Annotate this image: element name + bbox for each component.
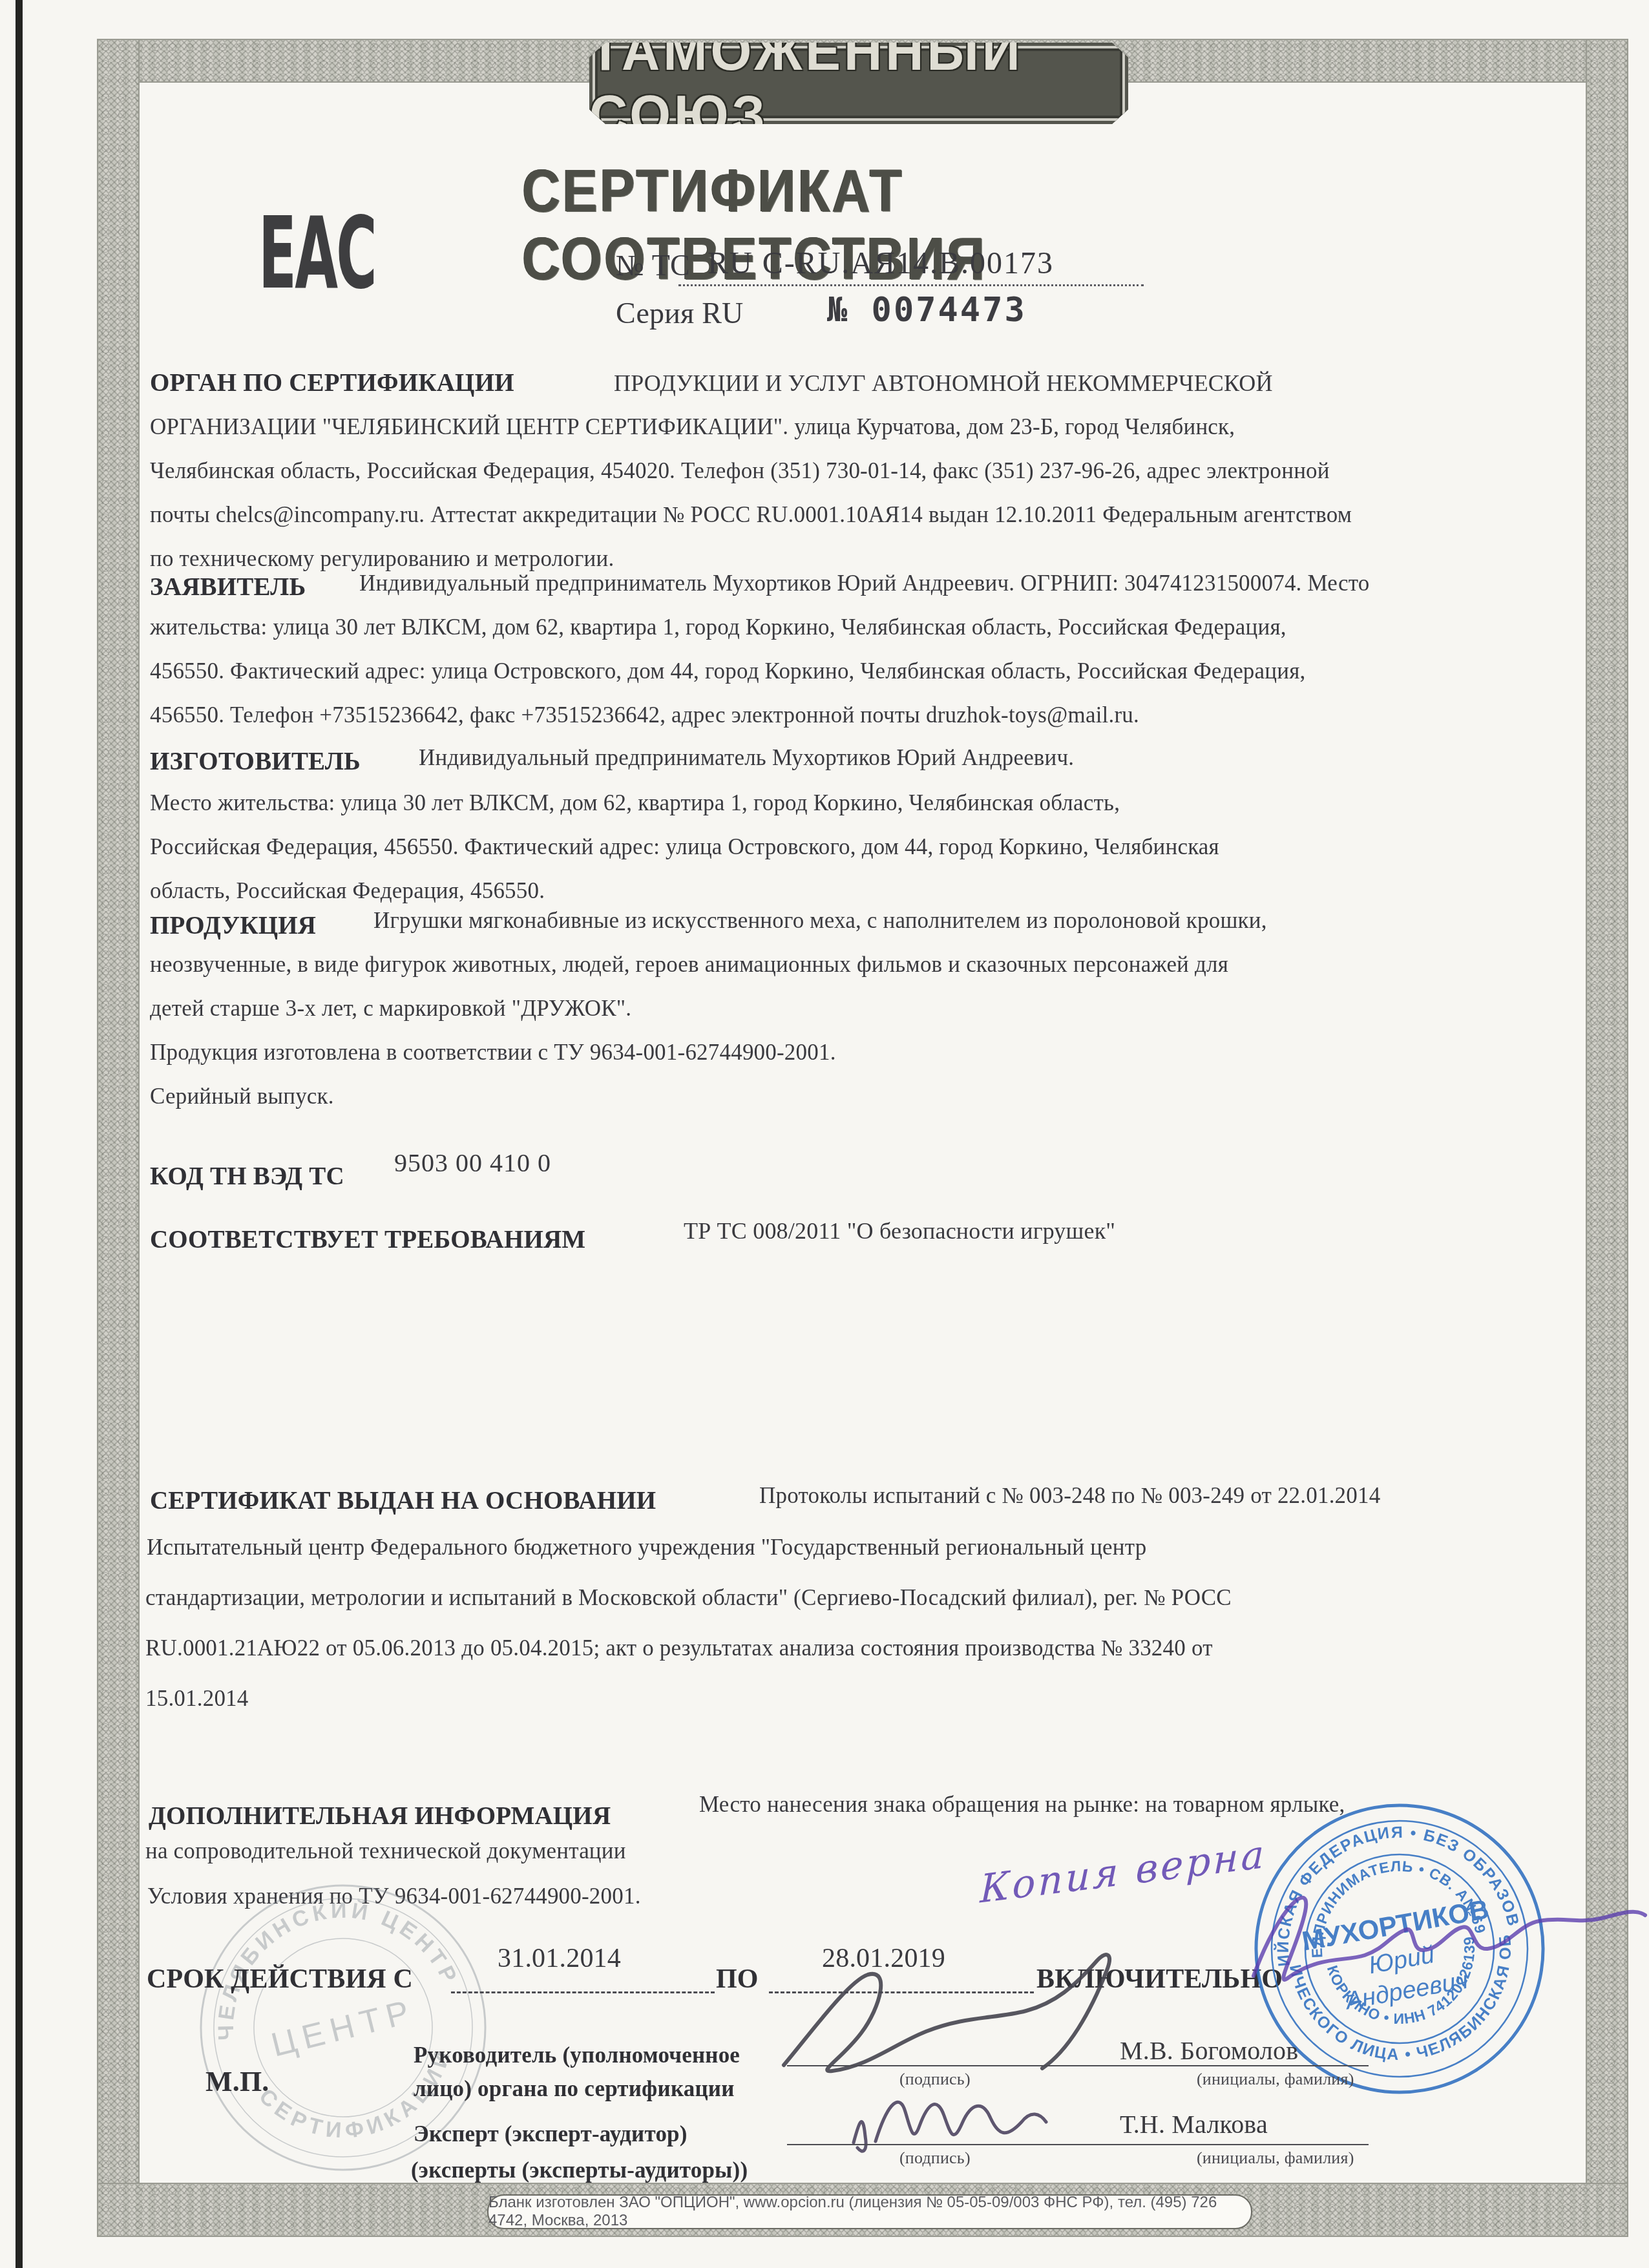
production-line: детей старше 3-х лет, с маркировкой "ДРУ…: [150, 996, 631, 1022]
manufacturer-label: ИЗГОТОВИТЕЛЬ: [150, 748, 361, 776]
organ-line: по техническому регулированию и метролог…: [150, 547, 614, 572]
applicant-line: 456550. Фактический адрес: улица Островс…: [150, 659, 1305, 684]
expert-signature-caption: (подпись): [899, 2149, 971, 2168]
basis-line: Испытательный центр Федерального бюджетн…: [147, 1535, 1146, 1560]
head-role-line1: Руководитель (уполномоченное: [414, 2043, 740, 2068]
tnved-code-label: КОД ТН ВЭД ТС: [150, 1163, 344, 1191]
organ-line: почты chelcs@incompany.ru. Аттестат аккр…: [150, 503, 1352, 528]
handwritten-owner-signature: [1215, 1853, 1649, 2021]
owner-signature-stroke: [1254, 1898, 1645, 1980]
manufacturer-first-line: Индивидуальный предприниматель Мухортико…: [419, 746, 1074, 771]
expert-name-caption: (инициалы, фамилия): [1197, 2149, 1354, 2168]
expert-role-line2: (эксперты (эксперты-аудиторы)): [411, 2158, 748, 2183]
cert-number-label: № ТС: [616, 249, 690, 282]
cert-number-underline: [678, 284, 1144, 286]
blank-maker-footer: Бланк изготовлен ЗАО "ОПЦИОН", www.opcio…: [487, 2194, 1252, 2229]
production-line: Продукция изготовлена в соответствии с Т…: [150, 1040, 836, 1066]
series-label: Серия RU: [616, 297, 743, 330]
blank-maker-text: Бланк изготовлен ЗАО "ОПЦИОН", www.opcio…: [488, 2194, 1251, 2230]
production-line: неозвученные, в виде фигурок животных, л…: [150, 952, 1228, 978]
stamp-place-label: М.П.: [205, 2066, 269, 2097]
additional-line: на сопроводительной технической документ…: [145, 1839, 626, 1864]
validity-from-underline: [451, 1991, 715, 1993]
manufacturer-line: Место жительства: улица 30 лет ВЛКСМ, до…: [150, 791, 1120, 816]
basis-line: RU.0001.21АЮ22 от 05.06.2013 до 05.04.20…: [145, 1636, 1213, 1661]
validity-label: СРОК ДЕЙСТВИЯ С: [147, 1964, 413, 1994]
certificate-page: ТАМОЖЕННЫЙ СОЮЗ ЕАС СЕРТИФИКАТ СООТВЕТСТ…: [0, 0, 1649, 2268]
head-name: М.В. Богомолов: [1120, 2037, 1298, 2065]
production-line: Серийный выпуск.: [150, 1084, 334, 1109]
cert-number-value: RU C-RU.АЯ14.В.00173: [708, 247, 1054, 281]
organ-line: ОРГАНИЗАЦИИ "ЧЕЛЯБИНСКИЙ ЦЕНТР СЕРТИФИКА…: [150, 415, 1235, 440]
manufacturer-line: область, Российская Федерация, 456550.: [150, 879, 545, 904]
validity-po-label: ПО: [716, 1964, 759, 1994]
basis-line: стандартизации, метрологии и испытаний в…: [145, 1586, 1232, 1611]
gray-stamp-center-text: ЦЕНТР: [268, 1992, 419, 2064]
organ-label: ОРГАН ПО СЕРТИФИКАЦИИ: [150, 370, 514, 397]
production-label: ПРОДУКЦИЯ: [150, 912, 316, 940]
head-signature-line: [787, 2065, 1128, 2066]
basis-first-line: Протоколы испытаний с № 003-248 по № 003…: [759, 1484, 1380, 1509]
basis-label: СЕРТИФИКАТ ВЫДАН НА ОСНОВАНИИ: [150, 1487, 656, 1515]
conforms-label: СООТВЕТСТВУЕТ ТРЕБОВАНИЯМ: [150, 1226, 585, 1254]
applicant-first-line: Индивидуальный предприниматель Мухортико…: [359, 571, 1369, 596]
scan-edge-strip: [16, 0, 23, 2268]
additional-label: ДОПОЛНИТЕЛЬНАЯ ИНФОРМАЦИЯ: [149, 1803, 611, 1831]
border-left: [97, 39, 140, 2236]
expert-name-line: [1117, 2144, 1369, 2145]
validity-from-date: 31.01.2014: [498, 1944, 621, 1973]
production-first-line: Игрушки мягконабивные из искусственного …: [373, 908, 1267, 934]
tnved-code-value: 9503 00 410 0: [394, 1149, 551, 1177]
head-signature: [772, 1936, 1134, 2078]
conforms-value: ТР ТС 008/2011 "О безопасности игрушек": [684, 1219, 1115, 1244]
organ-first-line: ПРОДУКЦИИ И УСЛУГ АВТОНОМНОЙ НЕКОММЕРЧЕС…: [614, 371, 1273, 397]
applicant-line: 456550. Телефон +73515236642, факс +7351…: [150, 703, 1139, 728]
expert-name: Т.Н. Малкова: [1120, 2110, 1268, 2139]
customs-union-banner: ТАМОЖЕННЫЙ СОЮЗ: [589, 43, 1128, 124]
applicant-line: жительства: улица 30 лет ВЛКСМ, дом 62, …: [150, 615, 1287, 640]
applicant-label: ЗАЯВИТЕЛЬ: [150, 574, 306, 602]
head-signature-stroke: [784, 1955, 1109, 2071]
head-name-line: [1117, 2065, 1369, 2066]
expert-signature-line: [787, 2144, 1128, 2145]
eac-logo: ЕАС: [258, 204, 375, 303]
additional-first-line: Место нанесения знака обращения на рынке…: [699, 1792, 1345, 1818]
organ-line: Челябинская область, Российская Федераци…: [150, 459, 1330, 484]
series-number: № 0074473: [827, 292, 1027, 329]
basis-line: 15.01.2014: [145, 1686, 249, 1712]
manufacturer-line: Российская Федерация, 456550. Фактически…: [150, 835, 1219, 860]
head-name-caption: (инициалы, фамилия): [1197, 2070, 1354, 2089]
expert-role-line1: Эксперт (эксперт-аудитор): [414, 2122, 688, 2147]
head-role-line2: лицо) органа по сертификации: [414, 2077, 735, 2102]
